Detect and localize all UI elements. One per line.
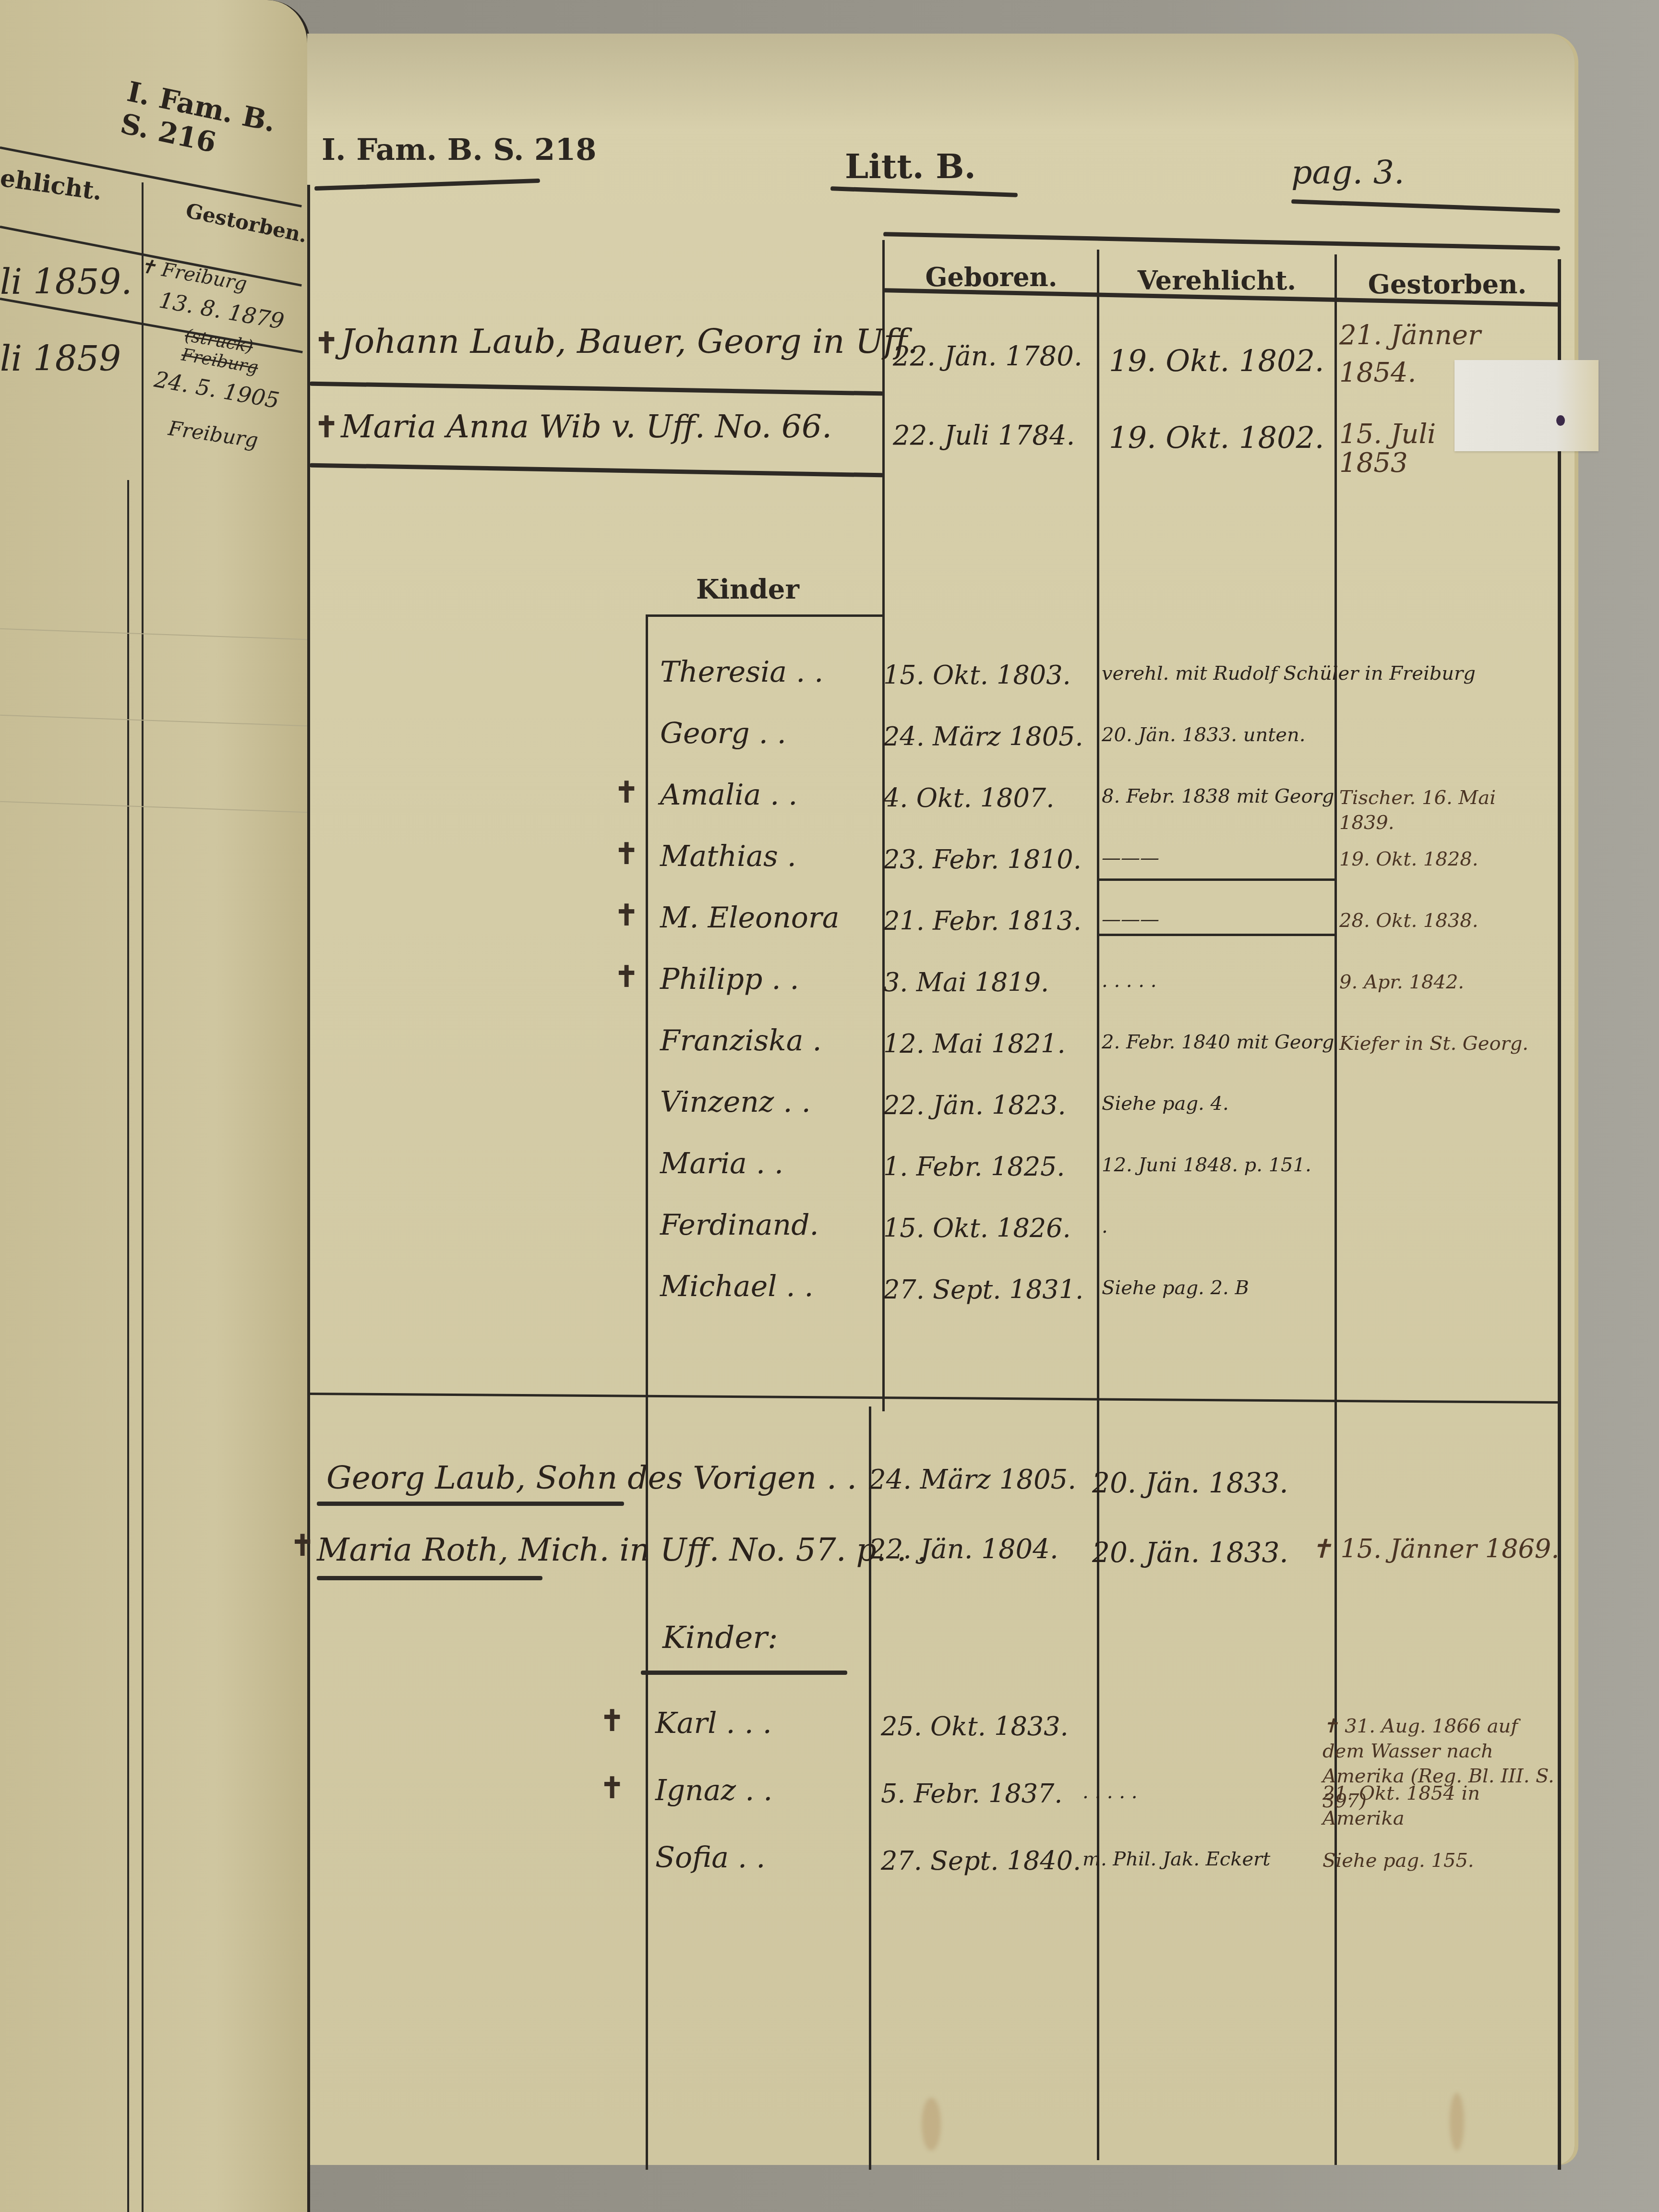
parent-died: ✝ 15. Jänner 1869. [1310,1534,1559,1564]
children-box-top [647,614,885,617]
child-married: . [1102,1215,1108,1238]
left-died-entry: ✝ Freiburg [138,255,249,295]
child-name: Georg . . [660,717,786,750]
column-header-gestorben: Gestorben. [1337,269,1558,300]
child-born: 21. Febr. 1813. [883,906,1082,936]
deceased-cross-icon: ✝ [600,1771,624,1805]
child-name: Ignaz . . [655,1774,772,1807]
paper-stain [1450,2093,1464,2151]
parent-married: 19. Okt. 1802. [1109,343,1324,378]
left-died-entry: Freiburg [167,416,260,452]
deceased-cross-icon: ✝ [614,776,638,809]
column-rule-gestorben [1334,254,1337,2165]
left-page-header: I. Fam. B. S. 216 [118,75,312,177]
child-name: Mathias . [660,840,796,873]
children-label: Kinder [696,574,799,605]
child-born: 22. Jän. 1823. [883,1090,1066,1120]
child-born: 15. Okt. 1826. [883,1213,1071,1243]
child-name: M. Eleonora [660,901,839,935]
left-page-column-rule [142,182,144,2212]
child-born: 5. Febr. 1837. [881,1779,1063,1809]
child-born: 24. März 1805. [883,721,1083,752]
child-name: Vinzenz . . [660,1085,811,1119]
litt-label: Litt. B. [845,146,976,186]
deceased-cross-icon: ✝ [600,1704,624,1738]
child-born: 12. Mai 1821. [883,1029,1066,1059]
column-rule-geboren-lower [869,1407,871,2170]
left-died-entry: 13. 8. 1879 [157,287,286,335]
child-name: Theresia . . [660,655,823,689]
child-married: Siehe pag. 4. [1102,1093,1229,1115]
child-married: ——— [1102,908,1159,930]
left-married-entry: li 1859 [0,338,121,379]
child-name: Philipp . . [660,962,799,996]
page-shadow [307,34,1575,130]
frame-left-rule [307,185,310,2172]
child-died: 19. Okt. 1828. [1339,847,1555,872]
deceased-cross-icon: ✝ [314,410,338,444]
deceased-cross-icon: ✝ [314,326,338,360]
child-name: Maria . . [660,1147,783,1180]
family-reference: I. Fam. B. S. 218 [322,132,596,167]
left-page-column-rule [127,480,129,2212]
child-born: 4. Okt. 1807. [883,783,1054,813]
no-marriage-rule [1099,934,1334,936]
parent-name: Maria Roth, Mich. in Uff. No. 57. p. . . [317,1531,927,1568]
child-died: 28. Okt. 1838. [1339,908,1555,933]
child-died: Siehe pag. 155. [1322,1848,1563,1873]
parent-born: 22. Jän. 1780. [893,341,1082,372]
parent-born: 24. März 1805. [869,1464,1076,1495]
deceased-cross-icon: ✝ [290,1529,314,1563]
left-married-entry: li 1859. [0,262,132,302]
child-name: Karl . . . [655,1707,772,1740]
parent-name: Johann Laub, Bauer, Georg in Uff. [341,322,918,361]
child-married: m. Phil. Jak. Eckert [1082,1848,1270,1870]
left-col-verehlicht: ehlicht. [0,163,104,205]
child-married: 8. Febr. 1838 mit Georg [1102,785,1334,807]
name-underline [317,1502,624,1506]
deceased-cross-icon: ✝ [614,960,638,994]
child-born: 23. Febr. 1810. [883,844,1082,875]
child-born: 3. Mai 1819. [883,967,1049,998]
child-name: Michael . . [660,1270,814,1303]
parent-born: 22. Jän. 1804. [869,1534,1058,1565]
child-born: 15. Okt. 1803. [883,660,1071,690]
no-marriage-rule [1099,878,1334,881]
child-married: . . . . . [1102,970,1156,992]
parent-married: 19. Okt. 1802. [1109,420,1324,455]
child-died: Tischer. 16. Mai 1839. [1339,785,1555,835]
ink-dot [1556,415,1565,426]
column-header-verehlicht: Verehlicht. [1099,265,1334,296]
children-name-rule [646,614,648,2170]
child-married: ——— [1102,847,1159,869]
child-married: 2. Febr. 1840 mit Georg [1102,1031,1334,1053]
child-died: 21. Okt. 1854 in Amerika [1322,1781,1563,1831]
child-name: Franziska . [660,1024,822,1058]
deceased-cross-icon: ✝ [614,899,638,932]
child-married: verehl. mit Rudolf Schüler in Freiburg [1102,662,1476,685]
parent-name: Maria Anna Wib v. Uff. No. 66. [341,408,832,445]
child-born: 27. Sept. 1831. [883,1274,1083,1305]
child-married: 20. Jän. 1833. unten. [1102,724,1305,746]
child-born: 1. Febr. 1825. [883,1152,1065,1182]
child-name: Amalia . . [660,778,797,812]
left-col-gestorben: Gestorben. [184,199,310,247]
deceased-cross-icon: ✝ [614,837,638,871]
left-page: I. Fam. B. S. 216 ehlicht. Gestorben. li… [0,0,310,2212]
child-name: Sofia . . [655,1841,765,1875]
child-born: 25. Okt. 1833. [881,1711,1069,1742]
child-married: 12. Juni 1848. p. 151. [1102,1154,1311,1176]
page-number: pag. 3. [1291,154,1405,192]
column-header-geboren: Geboren. [886,262,1097,292]
child-married: Siehe pag. 2. B [1102,1277,1249,1299]
parent-name: Georg Laub, Sohn des Vorigen . . [326,1459,857,1496]
children-label-underline [641,1671,847,1675]
child-born: 27. Sept. 1840. [881,1846,1081,1876]
parent-married: 20. Jän. 1833. [1092,1467,1288,1499]
child-died: 9. Apr. 1842. [1339,970,1555,995]
child-married: . . . . . [1082,1781,1137,1803]
left-page-faint-line [0,801,307,813]
frame-right-rule [1558,259,1561,2170]
left-page-faint-line [0,715,307,726]
name-underline [317,1576,542,1580]
paper-tab-marker[interactable] [1455,360,1599,451]
column-rule-verehlicht [1097,250,1099,2160]
paper-stain [922,2098,941,2151]
parent-born: 22. Juli 1784. [893,420,1075,451]
child-name: Ferdinand. [660,1208,819,1242]
left-page-faint-line [0,628,307,640]
children-label: Kinder: [662,1620,778,1656]
child-died: Kiefer in St. Georg. [1339,1031,1555,1056]
parent-married: 20. Jän. 1833. [1092,1536,1288,1569]
